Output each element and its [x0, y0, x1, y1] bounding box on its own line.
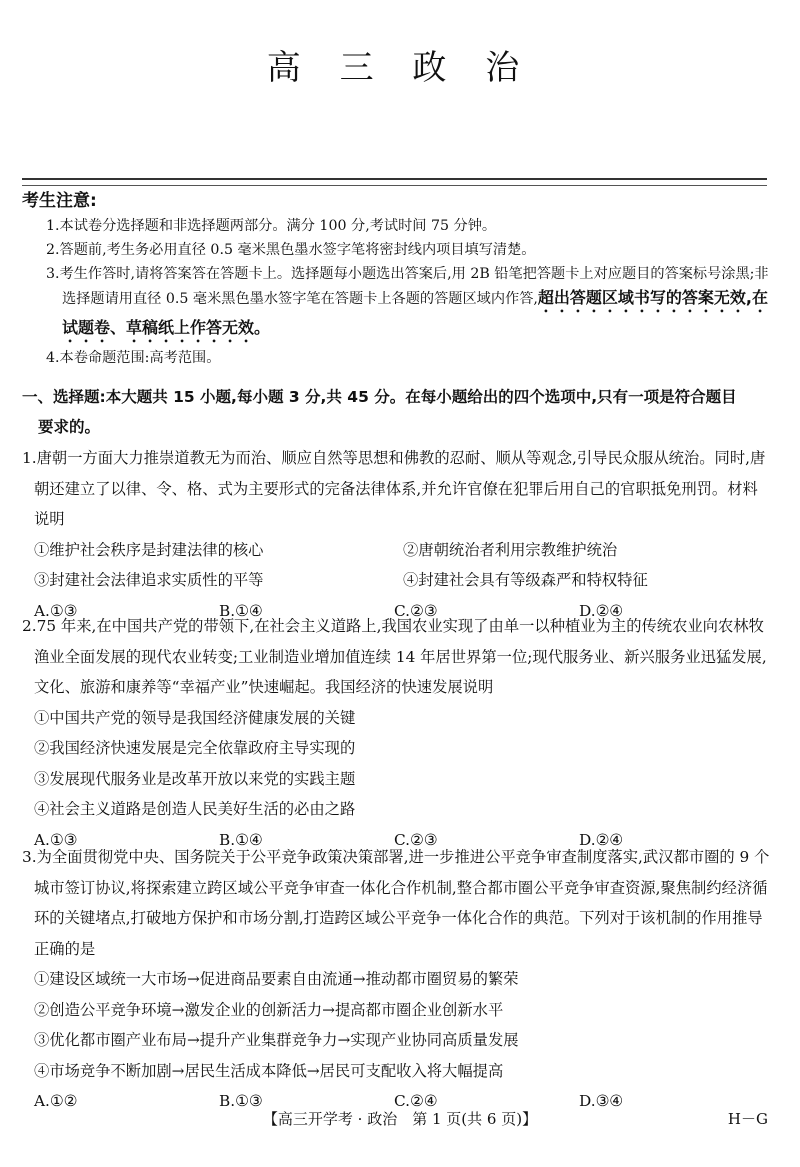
- notice-heading: 考生注意:: [22, 186, 97, 211]
- statement-3: ③封建社会法律追求实质性的平等: [34, 565, 403, 596]
- question-stem: 1.唐朝一方面大力推崇道教无为而治、顺应自然等思想和佛教的忍耐、顺从等观念,引导…: [22, 443, 772, 535]
- statement-2: ②我国经济快速发展是完全依靠政府主导实现的: [22, 733, 772, 764]
- header-divider: [22, 178, 767, 186]
- paper-code: H－G: [728, 1108, 768, 1129]
- statement-4: ④封建社会具有等级森严和特权特征: [403, 565, 772, 596]
- statement-2: ②唐朝统治者利用宗教维护统治: [403, 535, 772, 566]
- question-stem: 2.75 年来,在中国共产党的带领下,在社会主义道路上,我国农业实现了由单一以种…: [22, 611, 772, 703]
- statement-3: ③优化都市圈产业布局→提升产业集群竞争力→实现产业协同高质量发展: [22, 1025, 772, 1056]
- notice-item-2: 2.答题前,考生务必用直径 0.5 毫米黑色墨水签字笔将密封线内项目填写清楚。: [46, 238, 771, 262]
- question-2: 2.75 年来,在中国共产党的带领下,在社会主义道路上,我国农业实现了由单一以种…: [22, 611, 772, 855]
- notice-item-4: 4.本卷命题范围:高考范围。: [46, 346, 771, 370]
- section-heading-line1: 一、选择题:本大题共 15 小题,每小题 3 分,共 45 分。在每小题给出的四…: [22, 382, 772, 412]
- page-footer: 【高三开学考 · 政治 第 1 页(共 6 页)】: [0, 1108, 800, 1129]
- statement-1: ①中国共产党的领导是我国经济健康发展的关键: [22, 703, 772, 734]
- section-heading: 一、选择题:本大题共 15 小题,每小题 3 分,共 45 分。在每小题给出的四…: [22, 382, 772, 442]
- notice-list: 1.本试卷分选择题和非选择题两部分。满分 100 分,考试时间 75 分钟。 2…: [46, 214, 771, 370]
- statement-3: ③发展现代服务业是改革开放以来党的实践主题: [22, 764, 772, 795]
- statement-4: ④市场竞争不断加剧→居民生活成本降低→居民可支配收入将大幅提高: [22, 1056, 772, 1087]
- page-title: 高 三 政 治: [0, 40, 800, 89]
- statement-1: ①维护社会秩序是封建法律的核心: [34, 535, 403, 566]
- statement-2: ②创造公平竞争环境→激发企业的创新活力→提高都市圈企业创新水平: [22, 995, 772, 1026]
- question-stem: 3.为全面贯彻党中央、国务院关于公平竞争政策决策部署,进一步推进公平竞争审查制度…: [22, 842, 772, 964]
- question-3: 3.为全面贯彻党中央、国务院关于公平竞争政策决策部署,进一步推进公平竞争审查制度…: [22, 842, 772, 1117]
- statement-1: ①建设区域统一大市场→促进商品要素自由流通→推动都市圈贸易的繁荣: [22, 964, 772, 995]
- question-1: 1.唐朝一方面大力推崇道教无为而治、顺应自然等思想和佛教的忍耐、顺从等观念,引导…: [22, 443, 772, 626]
- notice-item-3: 3.考生作答时,请将答案答在答题卡上。选择题每小题选出答案后,用 2B 铅笔把答…: [46, 262, 771, 346]
- section-heading-line2: 要求的。: [22, 412, 772, 442]
- statement-4: ④社会主义道路是创造人民美好生活的必由之路: [22, 794, 772, 825]
- notice-item-1: 1.本试卷分选择题和非选择题两部分。满分 100 分,考试时间 75 分钟。: [46, 214, 771, 238]
